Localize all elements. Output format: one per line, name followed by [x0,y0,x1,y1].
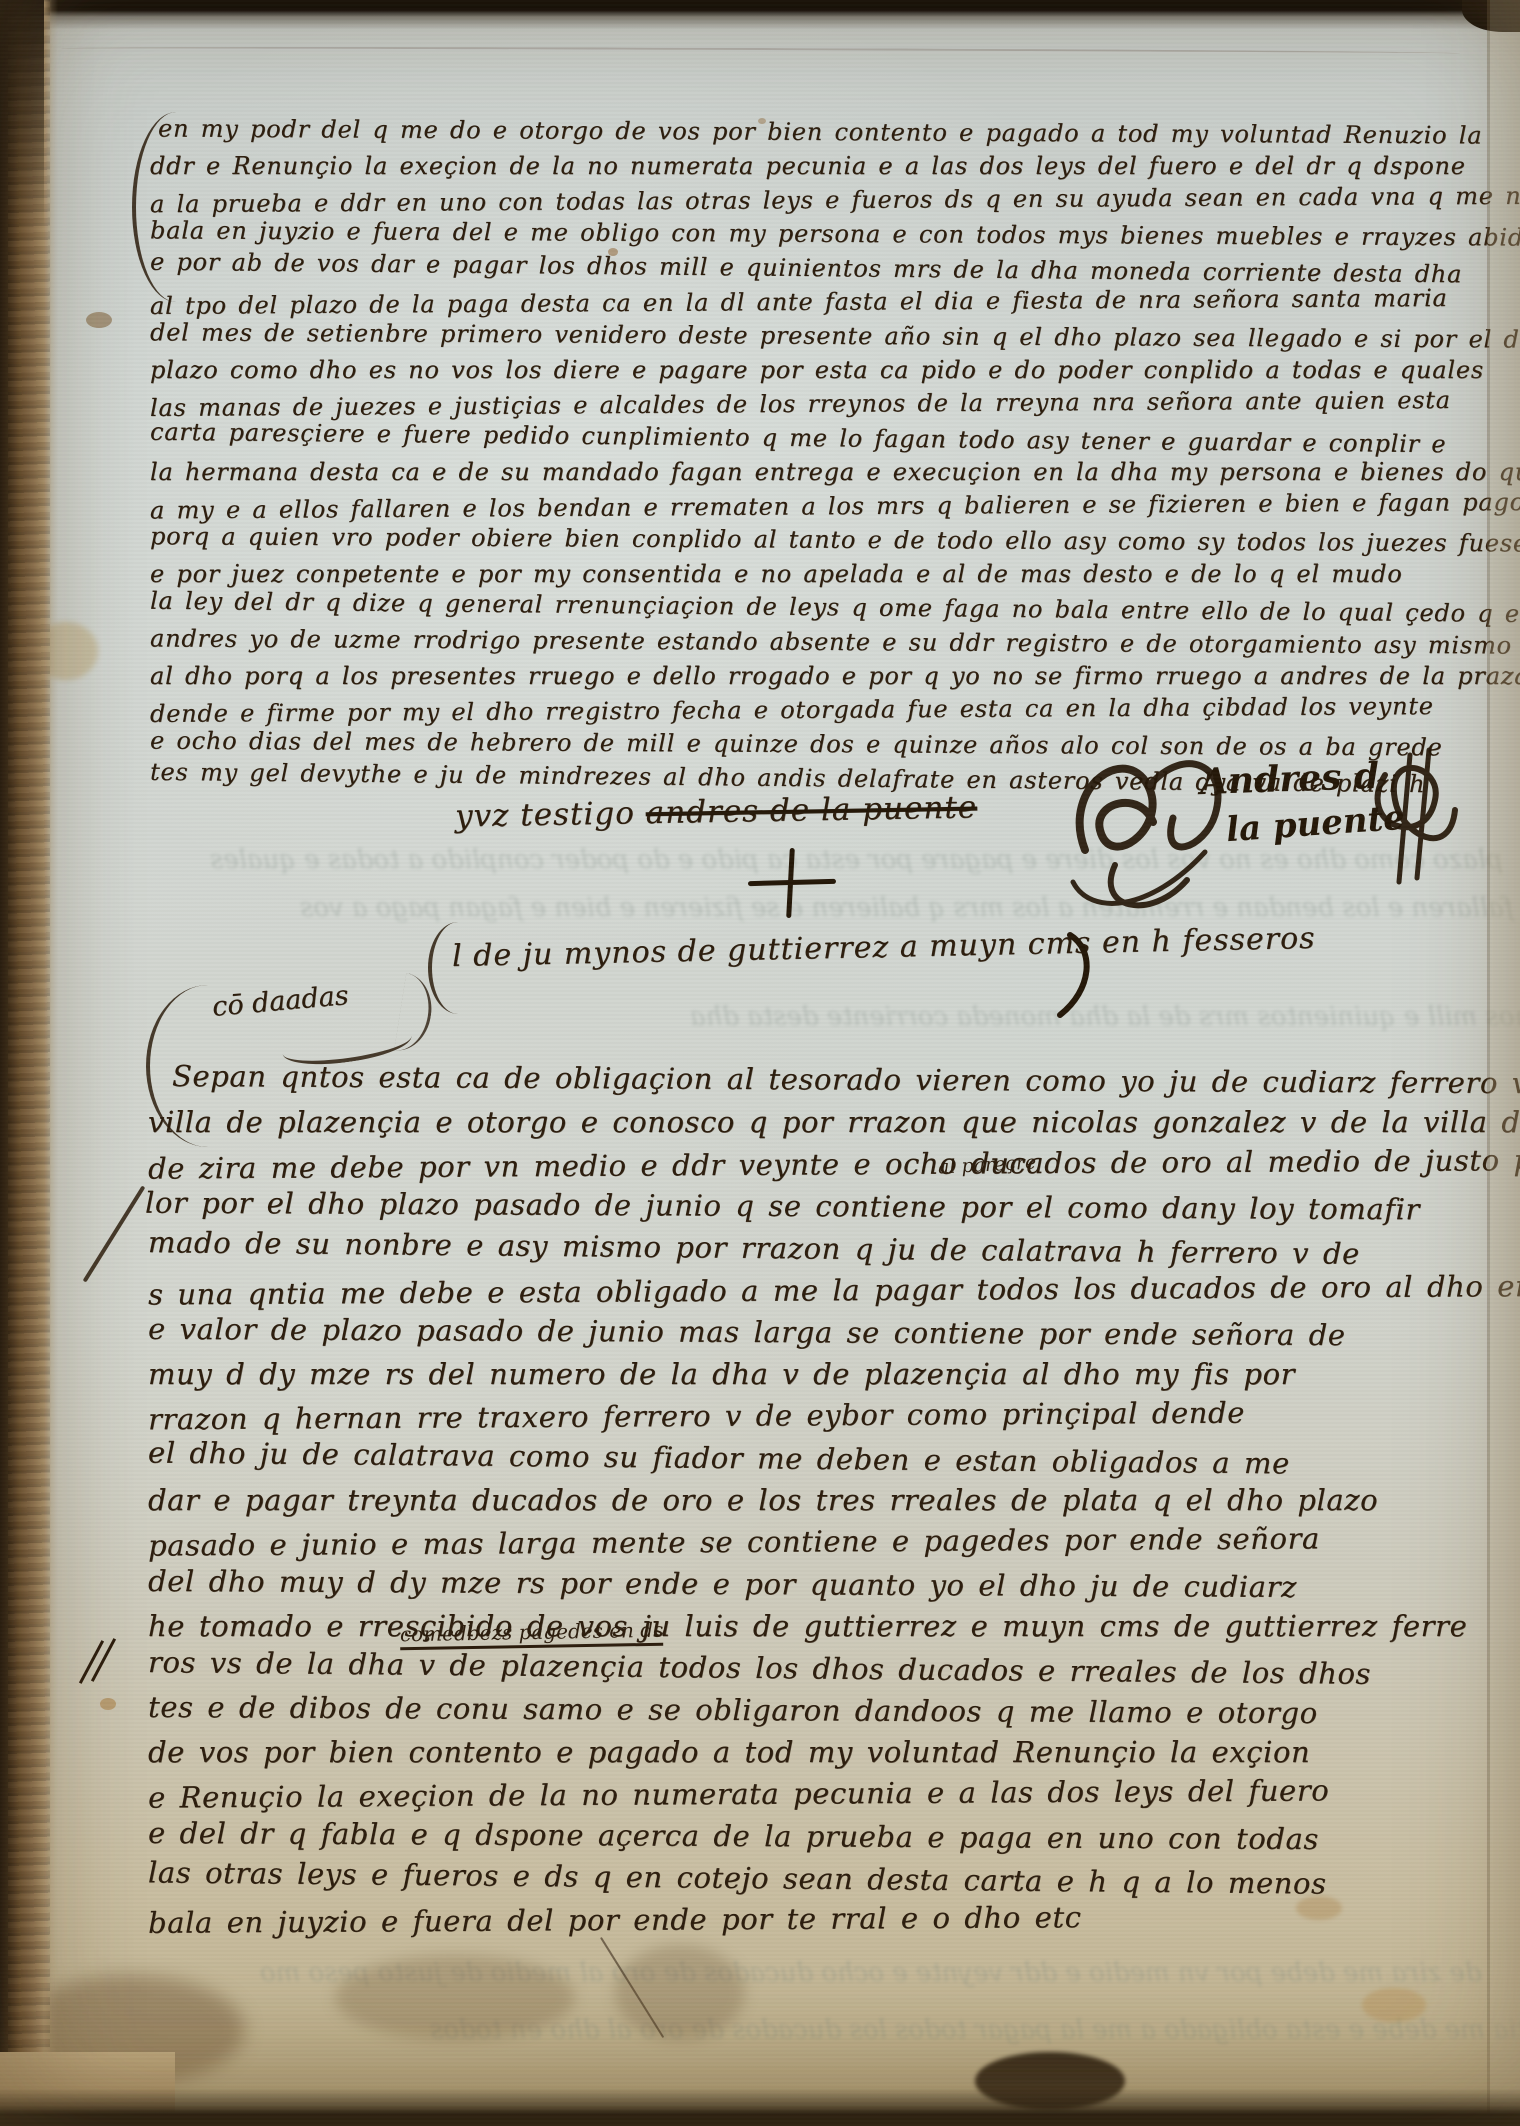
text-line: al dho porq a los presentes rruego e del… [150,662,1520,690]
text-line: pasado e junio e mas larga mente se cont… [148,1521,1320,1562]
text-line: bala en juyzio e fuera del e me obligo c… [150,216,1520,251]
text-line: Sepan qntos esta ca de obligaçion al tes… [172,1059,1520,1101]
margin-slash-mark [83,1185,146,1282]
stain [34,622,98,680]
manuscript-page: plazo como dho es no vos los diere e pag… [0,0,1520,2126]
text-line: las otras leys e fueros e ds q en cotejo… [148,1855,1327,1900]
text-line: del mes de setienbre primero venidero de… [150,318,1520,353]
text-line: tes e de dibos de conu samo e se obligar… [148,1690,1318,1730]
stain [86,312,112,328]
text-line: villa de plazençia e otorgo e conosco q … [148,1105,1520,1139]
text-line: carta paresçiere e fuere pedido cunplimi… [150,418,1447,458]
text-line: de zira me debe por vn medio e ddr veynt… [148,1142,1520,1185]
margin-note: cō daadas [211,980,350,1023]
text-line: e por juez conpetente e por my consentid… [150,560,1403,588]
page-right-sliver [1490,0,1520,2126]
binding-wrinkle-texture [8,0,50,2126]
text-line: dende e firme por my el dho rregistro fe… [150,692,1434,728]
ghost-text: plazo como dho es no vos los diere e pag… [210,845,1503,875]
ghost-text: e por ab de vos dar e pagar los dhos mil… [690,1002,1520,1032]
text-line: e Renuçio la exeçion de la no numerata p… [148,1773,1329,1814]
text-line: el dho ju de calatrava como su fiador me… [148,1436,1290,1481]
page-right-fold-line [1487,0,1490,2126]
text-line: a my e a ellos fallaren e los bendan e r… [150,488,1520,525]
binding-edge [0,0,58,2126]
corner-dark-top-right [1462,0,1520,32]
text-line: de vos por bien contento e pagado a tod … [148,1735,1310,1769]
text-line: lor por el dho plazo pasado de junio q s… [145,1186,1420,1227]
text-line: ddr e Renunçio la exeçion de la no numer… [150,152,1466,180]
witness-prefix: yvz testigo [455,795,635,834]
ghost-text: a my e a ellos fallaren e los bendan e r… [300,893,1520,923]
text-line: andres yo de uzme rrodrigo presente esta… [150,624,1512,659]
text-line: he tomado e rresçibido de vos ju luis de… [148,1609,1467,1643]
margin-double-slash-mark [90,1636,116,1688]
stain [100,1698,116,1710]
text-line: e valor de plazo pasado de junio mas lar… [148,1312,1346,1352]
heading-line: l de ju mynos de guttierrez a muyn cms e… [452,921,1316,974]
text-line: en my podr del q me do e otorgo de vos p… [158,115,1482,150]
text-line: las manas de juezes e justiçias e alcald… [150,386,1451,422]
text-line: e ocho dias del mes de hebrero de mill e… [150,727,1443,762]
text-line: la hermana desta ca e de su mandado faga… [150,458,1520,486]
ghost-text: de zira me debe por vn medio e ddr veynt… [260,1958,1482,1988]
signature-name: la puente [1225,798,1406,850]
text-line: del dho muy d dy mze rs por ende e por q… [148,1564,1297,1604]
text-line: porq a quien vro poder obiere bien conpl… [150,522,1520,558]
opening-paren-mark [132,112,176,302]
page-top-edge [0,0,1520,30]
signature-name: Andres d [1199,755,1379,803]
corner-dark-top-left [0,0,44,230]
page-top-crease [60,46,1460,57]
text-line: e por ab de vos dar e pagar los dhos mil… [150,248,1462,289]
text-line: mado de su nonbre e asy mismo por rrazon… [148,1225,1360,1271]
ghost-text: s una qntia me debe e esta obligado a me… [430,2015,1520,2045]
text-line: rrazon q hernan rre traxero ferrero v de… [148,1396,1245,1437]
text-line: a la prueba e ddr en uno con todas las o… [150,182,1520,218]
text-line: muy d dy mze rs del numero de la dha v d… [148,1357,1295,1391]
stain [975,2052,1125,2110]
strikethrough-text: andres de la puente [645,789,977,831]
interlinear-insertion-underlined: comedbezs pagedes en ds [400,1618,664,1651]
text-line: s una qntia me debe e esta obligado a me… [148,1268,1520,1311]
text-line: dar e pagar treynta ducados de oro e los… [148,1483,1378,1517]
text-line: plazo como dho es no vos los diere e pag… [150,356,1484,384]
page-bottom-edge [0,2088,1520,2126]
witness-line: yvz testigo andres de la puente [455,789,978,834]
stain [15,1975,245,2085]
text-line: e del dr q fabla e q dspone açerca de la… [148,1816,1319,1856]
text-line: la ley del dr q dize q general rrenunçia… [150,587,1520,630]
text-line: bala en juyzio e fuera del por ende por … [148,1900,1082,1940]
text-line: ros vs de la dha v de plazençia todos lo… [148,1645,1371,1691]
text-line: al tpo del plazo de la paga desta ca en … [150,284,1448,320]
page-bottom-left-underpages [0,2052,175,2126]
